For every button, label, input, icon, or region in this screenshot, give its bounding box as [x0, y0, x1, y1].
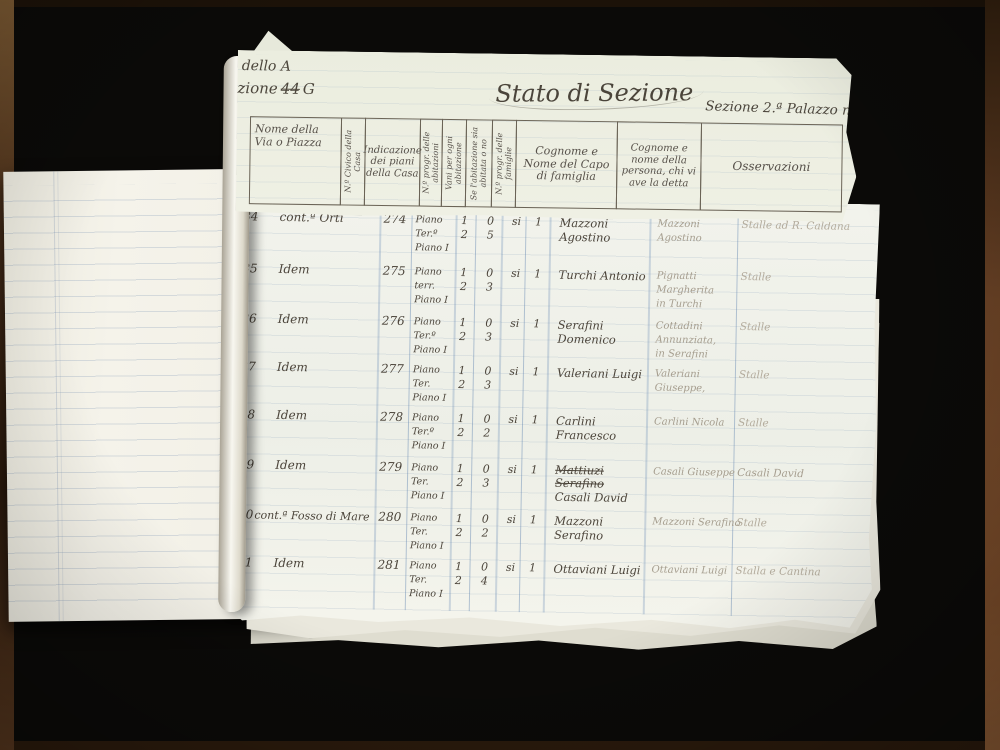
floors: Piano Ter.ºPiano I — [415, 213, 458, 256]
col-header-floors: Indicazione dei piani della Casa — [364, 118, 421, 207]
inhabited-flag: si — [506, 317, 524, 330]
col-header-rooms: Vani per ogni abitazione — [441, 119, 467, 207]
dwelling-numbers: 12 — [456, 266, 470, 294]
dwelling-numbers: 12 — [452, 512, 466, 540]
header-fragment-line1: dello A — [242, 58, 291, 75]
floors: Piano Ter.Piano I — [412, 363, 455, 406]
inhabited-flag: si — [507, 267, 525, 280]
photo-of-register: 284 cont.ª Orti 274 Piano Ter.ºPiano I 1… — [0, 0, 1000, 750]
rooms-count: 04 — [476, 560, 492, 588]
rooms-count: 03 — [480, 316, 496, 344]
rooms-count: 03 — [481, 266, 497, 294]
person-name: Casali Giuseppe — [653, 465, 743, 481]
page-title: Stato di Sezione — [489, 78, 703, 110]
column-headers: Nome della Via o Piazza N.º Civico della… — [250, 116, 843, 212]
floors: Piano Ter.Piano I — [411, 461, 454, 504]
person-name: Mazzoni Agostino — [657, 217, 747, 247]
section-header-sheet: dello A zione44G Stato di Sezione Sezion… — [236, 50, 858, 223]
header-fragment-line2: zione44G — [237, 79, 315, 98]
person-name: Ottaviani Luigi — [651, 563, 741, 579]
street-name: Idem — [276, 409, 376, 424]
inhabited-flag: si — [503, 463, 521, 476]
dwelling-numbers: 12 — [455, 364, 469, 392]
floors: Piano terr.Piano I — [414, 265, 457, 308]
observation: Stalle — [736, 517, 871, 532]
struck-number: 44 — [281, 80, 300, 98]
inhabited-flag: si — [505, 365, 523, 378]
house-number: 279 — [379, 461, 407, 474]
observation: Stalle — [739, 369, 874, 384]
street-name: Idem — [278, 313, 378, 328]
inhabited-flag: si — [507, 215, 525, 228]
house-number: 281 — [377, 559, 405, 572]
family-number: 1 — [526, 513, 540, 526]
person-name: Carlini Nicola — [654, 415, 744, 431]
family-number: 1 — [529, 365, 543, 378]
inhabited-flag: si — [502, 513, 520, 526]
rooms-count: 05 — [482, 214, 498, 242]
observation: Stalle — [738, 417, 873, 432]
head-of-family: Carlini Francesco — [556, 414, 651, 444]
col-header-street: Nome della Via o Piazza — [249, 116, 342, 205]
col-header-families: N.º progr. delle famiglie — [491, 120, 517, 208]
dwelling-numbers: 12 — [451, 560, 465, 588]
house-number: 276 — [382, 315, 410, 328]
head-of-family: Mazzoni Serafino — [554, 514, 649, 544]
house-number: 277 — [381, 363, 409, 376]
person-name: Mazzoni Serafino — [652, 515, 742, 531]
col-header-head-of-family: Cognome e Nome del Capo di famiglia — [515, 120, 618, 209]
family-number: 1 — [527, 463, 541, 476]
head-of-family: Mazzoni Agostino — [559, 216, 654, 246]
observation: Casali David — [737, 467, 872, 482]
house-number: 275 — [383, 265, 411, 278]
family-number: 1 — [530, 317, 544, 330]
head-of-family: Mattiuzi SerafinoCasali David — [555, 464, 651, 506]
floors: Piano Ter.ºPiano I — [413, 315, 456, 358]
observation: Stalla e Cantina — [735, 565, 870, 580]
register-table-sheet: 284 cont.ª Orti 274 Piano Ter.ºPiano I 1… — [223, 193, 880, 632]
street-name: Idem — [277, 361, 377, 376]
inhabited-flag: si — [504, 413, 522, 426]
col-header-person: Cognome e nome della persona, chi vi ave… — [616, 121, 702, 210]
rooms-count: 02 — [477, 512, 493, 540]
observation: Stalle ad R. Caldana — [741, 219, 876, 234]
col-header-inhabited: Se l'abitazione sia abitata o no — [465, 119, 493, 207]
floors: Piano Ter.ºPiano I — [411, 411, 454, 454]
col-header-civic-number: N.º Civico della Casa — [340, 117, 366, 205]
family-number: 1 — [531, 215, 545, 228]
house-number: 278 — [380, 411, 408, 424]
observation: Stalle — [740, 321, 875, 336]
street-name: cont.ª Fosso di Mare — [254, 508, 376, 523]
inhabited-flag: si — [501, 561, 519, 574]
person-name: Valeriani Giuseppe, — [655, 367, 745, 397]
rooms-count: 03 — [478, 462, 494, 490]
dwelling-numbers: 12 — [455, 316, 469, 344]
street-name: Idem — [275, 459, 375, 474]
family-number: 1 — [525, 561, 539, 574]
head-of-family: Ottaviani Luigi — [553, 562, 648, 578]
floors: Piano Ter.Piano I — [409, 559, 452, 602]
person-name: Pignatti Margheritain Turchi — [656, 269, 747, 313]
col-header-observations: Osservazioni — [700, 122, 843, 212]
dwelling-numbers: 12 — [454, 412, 468, 440]
street-name: Idem — [279, 263, 379, 278]
wood-frame-top — [0, 0, 1000, 7]
col-header-dwellings: N.º progr. delle abitazioni — [419, 119, 443, 207]
head-of-family: Valeriani Luigi — [557, 366, 652, 382]
wood-frame-right — [985, 0, 1000, 750]
head-of-family: Serafini Domenico — [557, 318, 652, 348]
dwelling-numbers: 12 — [453, 462, 467, 490]
wood-frame-bottom — [0, 741, 1000, 750]
person-name: Cottadini Annunziata,in Serafini — [655, 319, 746, 363]
rooms-count: 03 — [480, 364, 496, 392]
street-name: Idem — [273, 557, 373, 572]
floors: Piano Ter.Piano I — [410, 511, 453, 554]
rooms-count: 02 — [479, 412, 495, 440]
observation: Stalle — [740, 271, 875, 286]
house-number: 280 — [378, 511, 406, 524]
dwelling-numbers: 12 — [457, 214, 471, 242]
head-of-family: Turchi Antonio — [559, 268, 654, 284]
family-number: 1 — [528, 413, 542, 426]
family-number: 1 — [531, 267, 545, 280]
